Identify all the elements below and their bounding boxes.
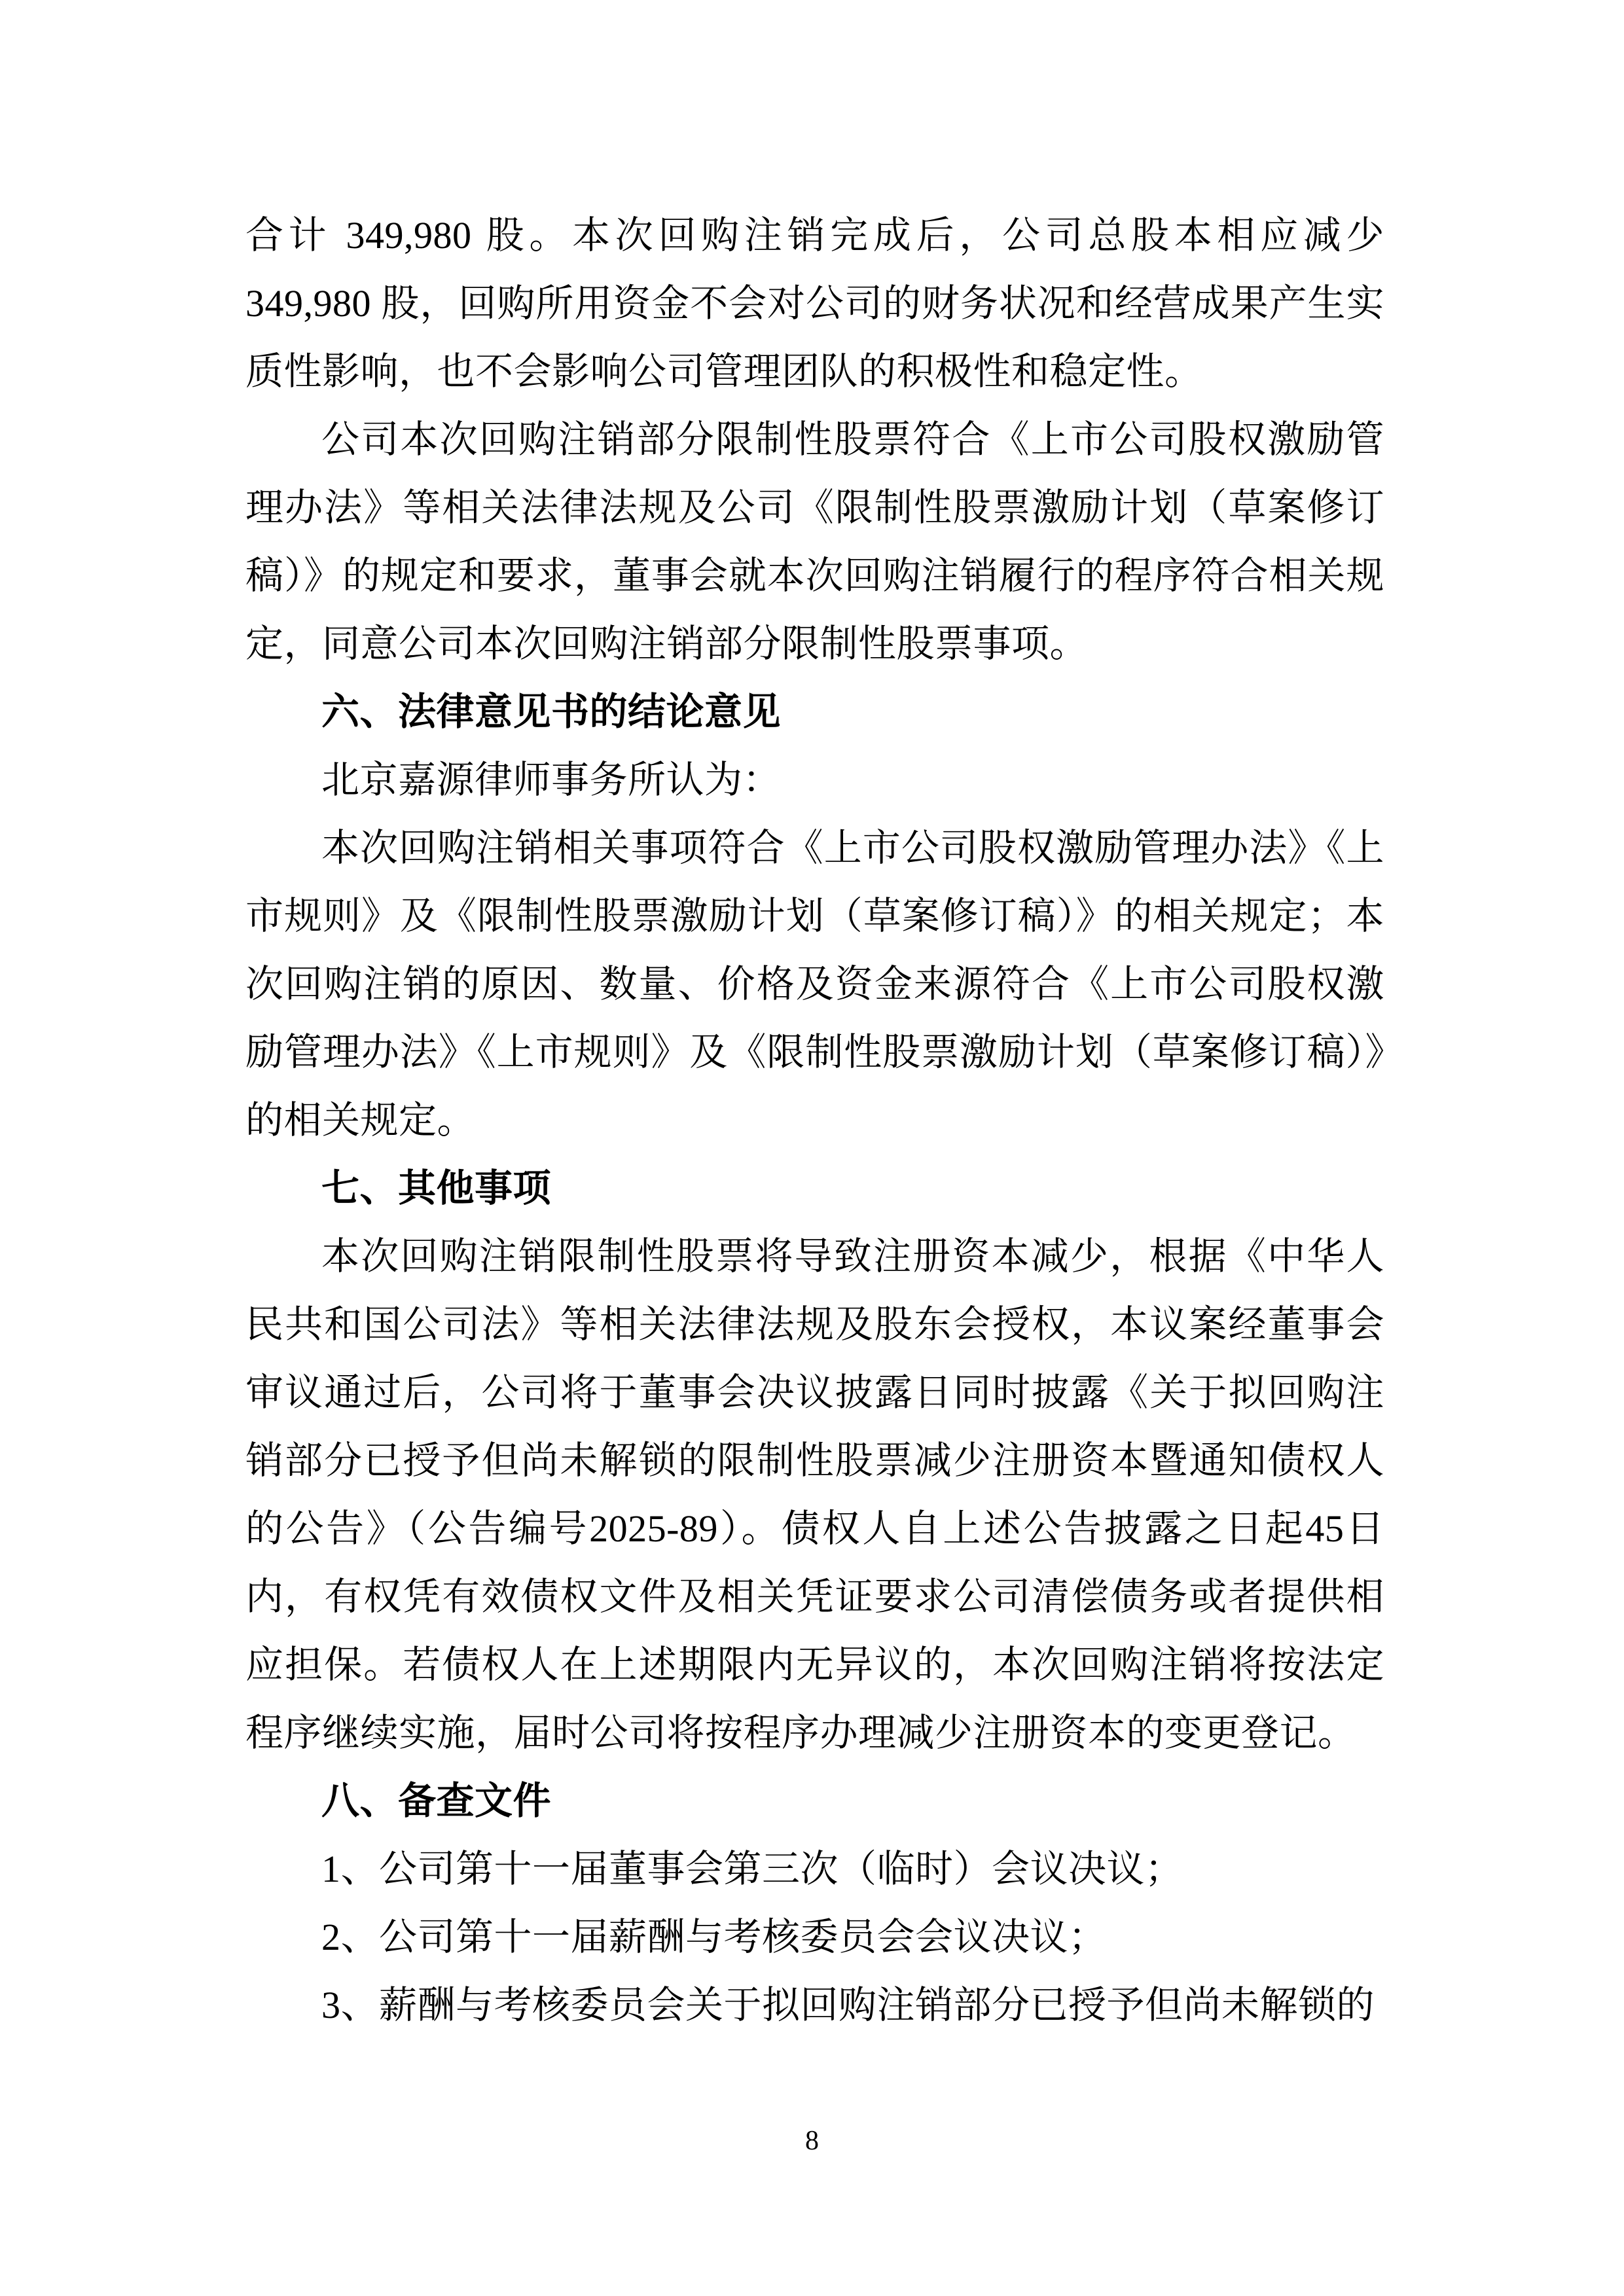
- paragraph: 公司本次回购注销部分限制性股票符合《上市公司股权激励管理办法》等相关法律法规及公…: [245, 406, 1384, 678]
- paragraph: 北京嘉源律师事务所认为：: [245, 746, 1384, 814]
- section-heading-8: 八、备查文件: [245, 1767, 1384, 1835]
- list-item-2: 2、公司第十一届薪酬与考核委员会会议决议；: [245, 1903, 1384, 1971]
- list-item-1: 1、公司第十一届董事会第三次（临时）会议决议；: [245, 1835, 1384, 1903]
- paragraph: 本次回购注销相关事项符合《上市公司股权激励管理办法》《上市规则》及《限制性股票激…: [245, 814, 1384, 1155]
- document-body: 合计 349,980 股。本次回购注销完成后，公司总股本相应减少 349,980…: [245, 202, 1384, 2039]
- document-page: 合计 349,980 股。本次回购注销完成后，公司总股本相应减少 349,980…: [0, 0, 1624, 2296]
- page-number: 8: [0, 2125, 1624, 2157]
- paragraph-continuation: 合计 349,980 股。本次回购注销完成后，公司总股本相应减少 349,980…: [245, 202, 1384, 406]
- list-item-3: 3、薪酬与考核委员会关于拟回购注销部分已授予但尚未解锁的: [245, 1971, 1384, 2039]
- section-heading-6: 六、法律意见书的结论意见: [245, 678, 1384, 746]
- section-heading-7: 七、其他事项: [245, 1155, 1384, 1223]
- paragraph: 本次回购注销限制性股票将导致注册资本减少，根据《中华人民共和国公司法》等相关法律…: [245, 1223, 1384, 1767]
